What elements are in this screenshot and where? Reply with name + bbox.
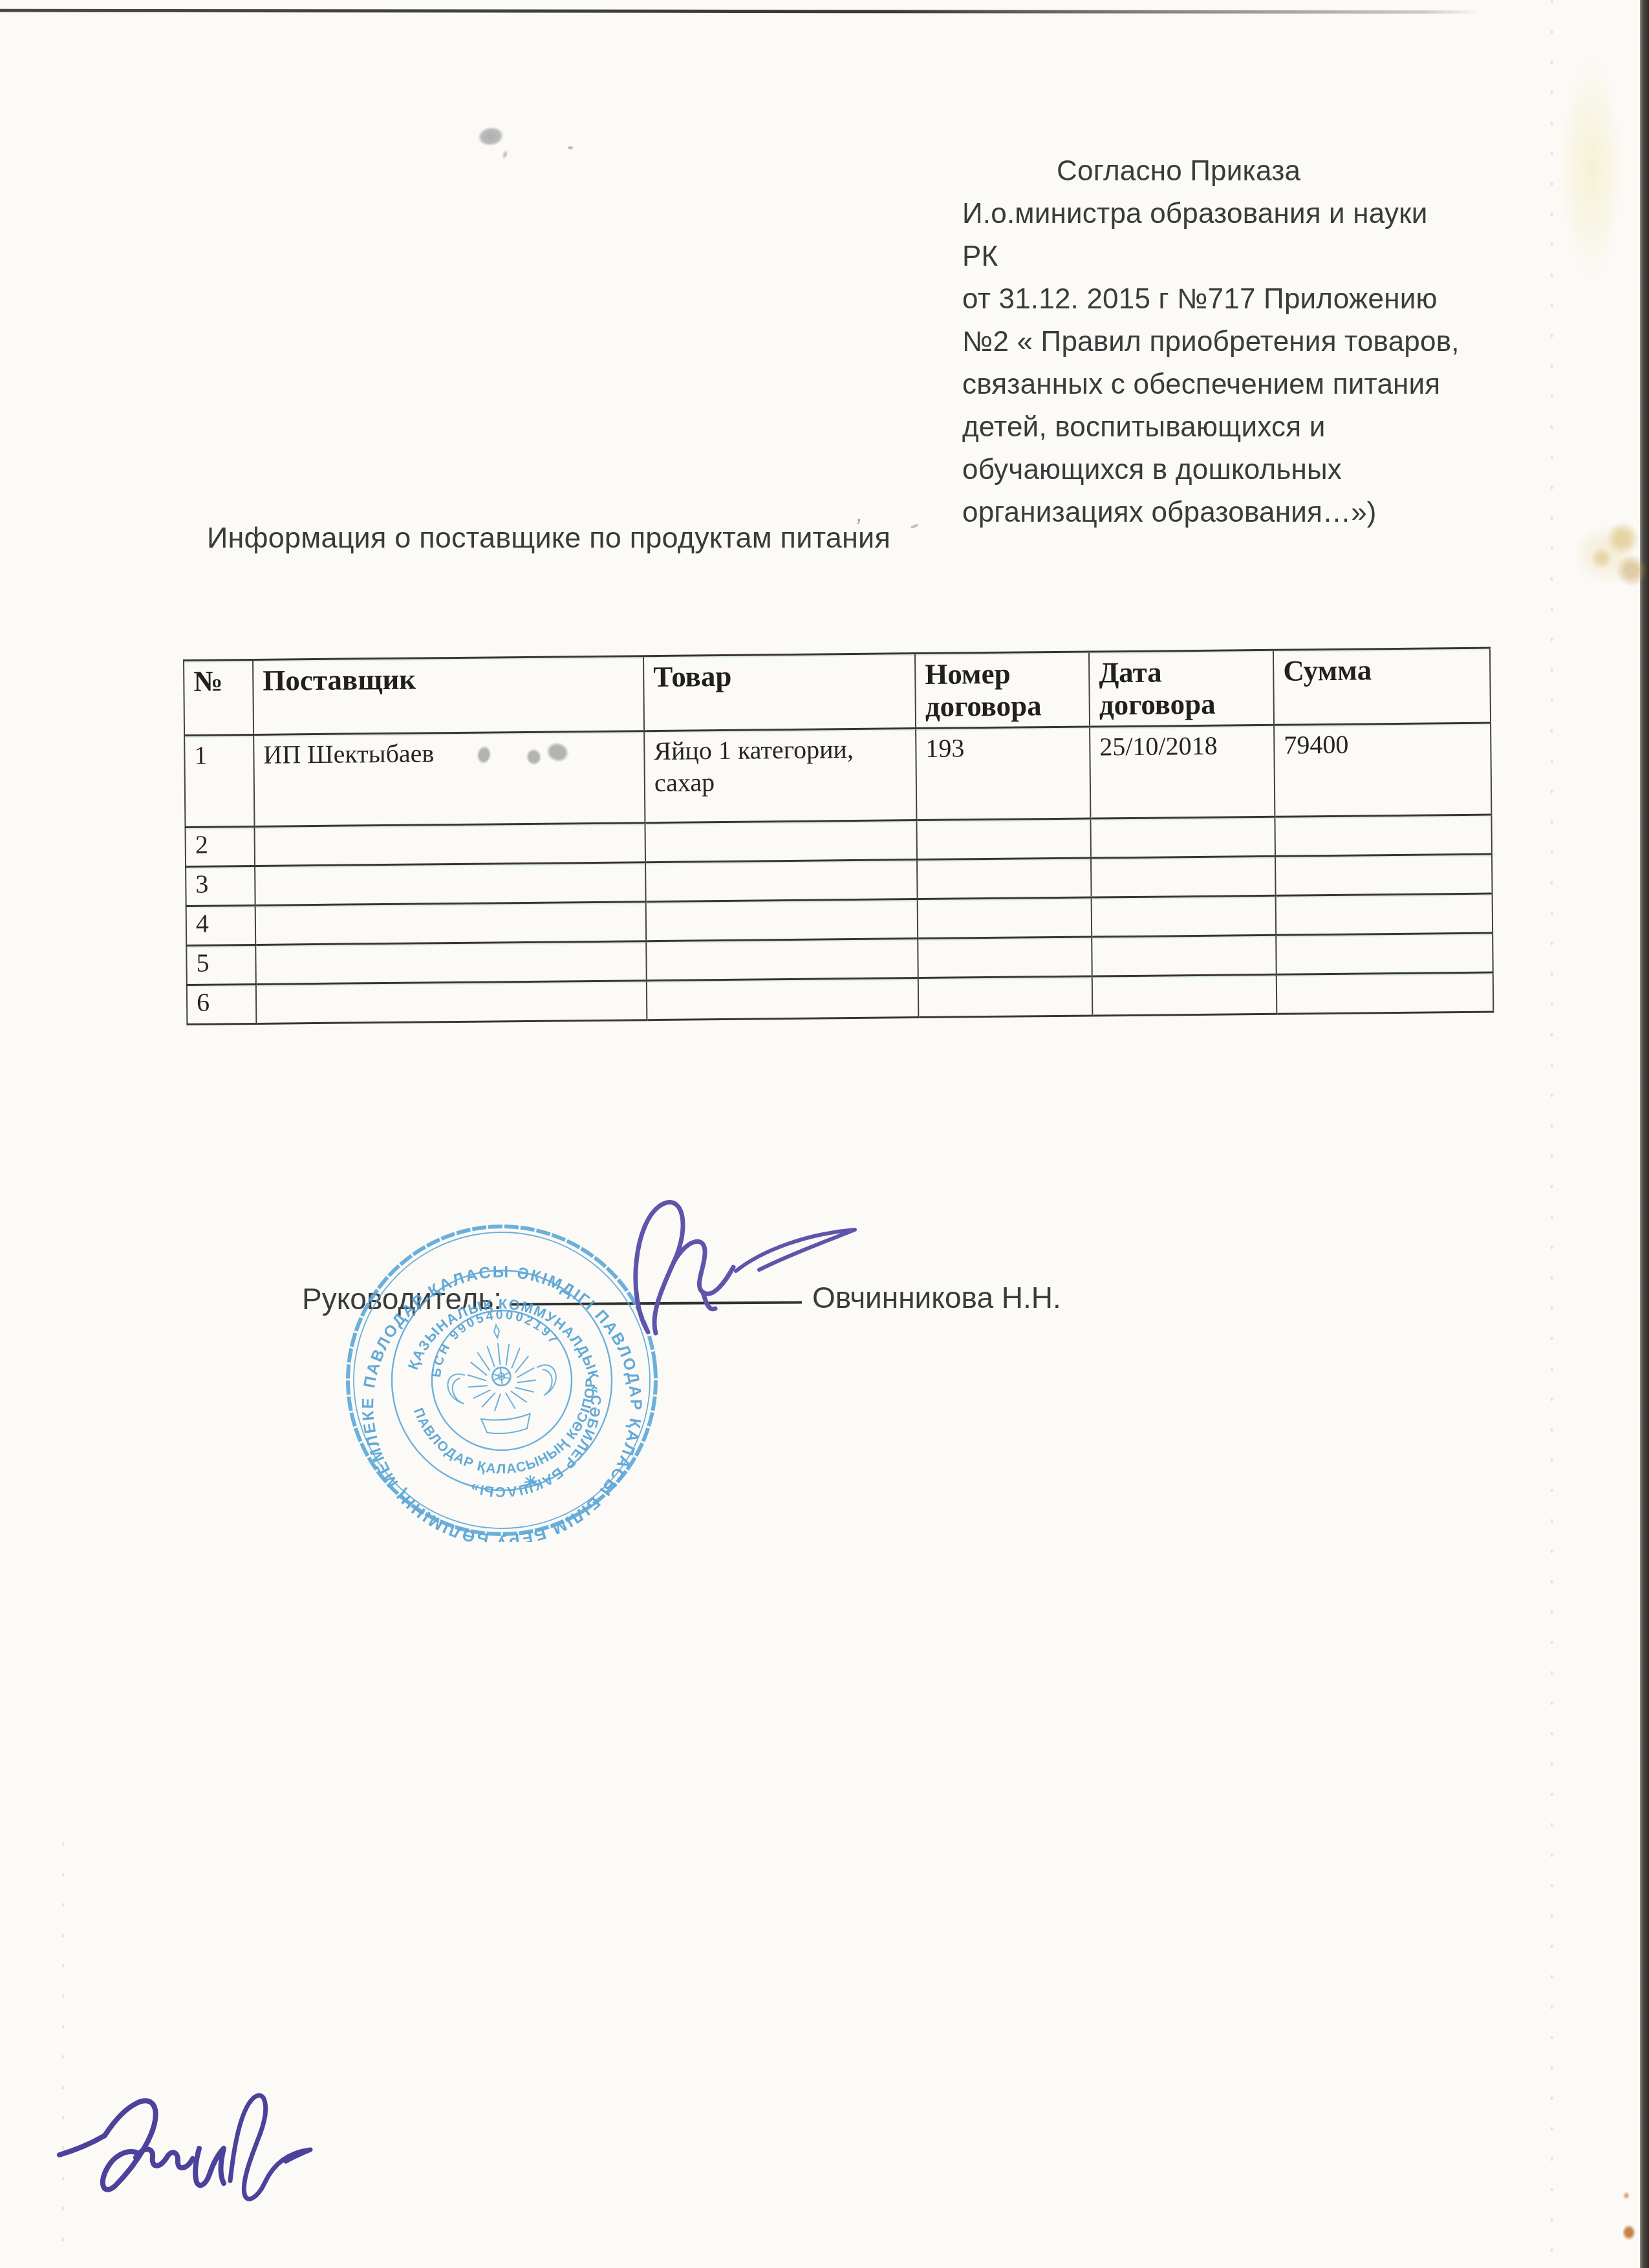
cell-goods — [646, 938, 918, 980]
scanned-document-page: { "document": { "header_note": { "line1"… — [0, 0, 1649, 2268]
cell-contract-no: 193 — [916, 727, 1090, 820]
cell-amount — [1275, 815, 1492, 856]
gray-smudge — [541, 737, 574, 767]
cell-num: 2 — [185, 826, 255, 866]
order-reference-line: №2 « Правил приобретения товаров, — [962, 321, 1460, 363]
cell-amount — [1277, 972, 1494, 1014]
cell-amount — [1276, 893, 1493, 935]
cell-supplier — [255, 901, 647, 945]
gray-smudge — [523, 745, 545, 769]
cell-contract-date: 25/10/2018 — [1090, 725, 1275, 818]
col-header-contract-no: Номер договора — [915, 652, 1090, 728]
cell-num: 6 — [187, 984, 257, 1024]
cell-goods — [647, 978, 919, 1020]
yellow-stain — [1562, 514, 1649, 595]
order-reference-line: обучающихся в дошкольных — [962, 449, 1460, 491]
gray-speck — [568, 146, 573, 149]
cell-contract-date — [1092, 974, 1277, 1016]
scan-edge-top-line — [0, 9, 1481, 14]
order-reference-line: от 31.12. 2015 г №717 Приложению — [962, 278, 1460, 321]
suppliers-table-container: № Поставщик Товар Номер договора Дата до… — [183, 647, 1494, 1025]
small-pen-mark — [911, 524, 919, 529]
cell-contract-no — [918, 897, 1092, 939]
scanner-dotted-artifact — [1551, 0, 1553, 2268]
scan-right-yellow-tinge — [1543, 0, 1640, 336]
stamp-star-mark: ✳ — [523, 1471, 539, 1492]
handwritten-signature — [601, 1188, 886, 1350]
cell-num: 1 — [184, 734, 254, 827]
emblem-top-ornament — [493, 1325, 500, 1338]
cell-contract-no — [918, 937, 1092, 978]
scan-edge-right-band — [1640, 0, 1649, 2268]
cell-contract-date — [1092, 895, 1277, 937]
cell-amount — [1276, 933, 1493, 974]
col-header-amount: Сумма — [1273, 648, 1491, 725]
order-reference-line: И.о.министра образования и науки РК — [962, 193, 1460, 278]
cell-num: 3 — [186, 866, 255, 906]
cell-supplier — [254, 822, 645, 866]
table-header-row: № Поставщик Товар Номер договора Дата до… — [184, 648, 1491, 735]
order-reference-line: связанных с обеспечением питания — [962, 363, 1460, 406]
cell-contract-no — [917, 858, 1092, 899]
col-header-goods: Товар — [643, 654, 916, 731]
emblem-banner — [481, 1414, 532, 1436]
table-row: 1 ИП Шектыбаев Яйцо 1 категории, сахар 1… — [184, 723, 1491, 827]
handwritten-signature-bottom — [32, 2085, 323, 2234]
order-reference-block: Согласно Приказа И.о.министра образовани… — [962, 150, 1460, 534]
col-header-supplier: Поставщик — [253, 656, 644, 735]
emblem-left-wing — [447, 1373, 468, 1405]
cell-num: 5 — [186, 945, 256, 985]
gray-ink-blot-tail — [499, 147, 512, 163]
suppliers-table: № Поставщик Товар Номер договора Дата до… — [183, 647, 1494, 1025]
document-title: Информация о поставщике по продуктам пит… — [207, 521, 890, 555]
orange-speck — [1622, 2190, 1631, 2201]
cell-goods — [645, 820, 917, 862]
order-reference-line: Согласно Приказа — [962, 150, 1460, 193]
cell-supplier: ИП Шектыбаев — [253, 731, 645, 826]
col-header-contract-date: Дата договора — [1089, 650, 1274, 727]
cell-num: 4 — [186, 905, 256, 945]
cell-supplier — [256, 980, 647, 1023]
cell-amount — [1275, 854, 1493, 895]
col-header-num: № — [184, 659, 253, 735]
cell-contract-date — [1091, 856, 1276, 897]
supplier-name: ИП Шектыбаев — [263, 738, 434, 769]
cell-supplier — [255, 862, 646, 905]
cell-contract-no — [918, 976, 1093, 1018]
cell-contract-date — [1090, 817, 1275, 858]
gray-ink-blot — [473, 122, 510, 151]
cell-goods — [645, 859, 918, 901]
emblem-right-wing — [537, 1364, 558, 1396]
cell-goods — [646, 899, 918, 941]
cell-contract-date — [1092, 935, 1277, 976]
orange-speck — [1621, 2223, 1637, 2242]
order-reference-line: детей, воспитывающихся и — [962, 406, 1460, 449]
gray-smudge — [474, 742, 494, 767]
cell-goods: Яйцо 1 категории, сахар — [644, 728, 916, 822]
order-reference-line: организациях образования…») — [962, 491, 1460, 534]
cell-contract-no — [916, 818, 1091, 860]
cell-supplier — [255, 941, 647, 984]
cell-amount: 79400 — [1274, 723, 1491, 817]
